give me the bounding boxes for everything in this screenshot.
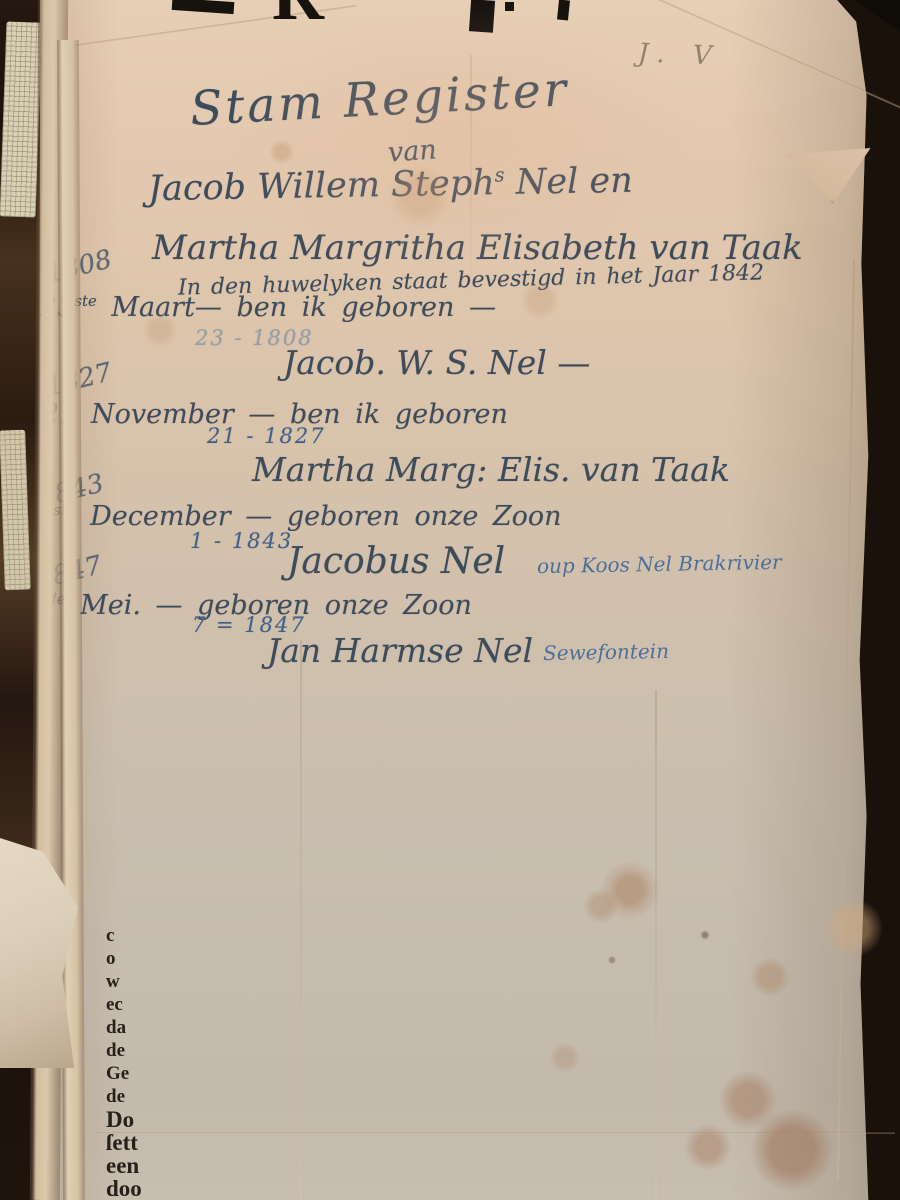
entry-annotation: oup Koos Nel Brakrivier xyxy=(537,550,782,578)
newsprint-line: ſett xyxy=(92,1131,148,1154)
entry-person-name: Martha Marg: Elis. van Taak xyxy=(252,450,730,489)
entry-annotation: Sewefontein xyxy=(543,639,669,665)
entry-event: December — geboren onze Zoon xyxy=(90,501,561,532)
masthead-letter-fragment xyxy=(469,0,495,33)
entry-person-name: Jan Harmse Nel xyxy=(267,631,533,670)
entry-person-name: Jacob. W. S. Nel — xyxy=(283,343,590,382)
husband-name-line: Jacob Willem Stephs Nel en xyxy=(148,161,633,209)
newsprint-line: Ge xyxy=(92,1062,148,1085)
entry-date-line: 23ste Maart— ben ik geboren — xyxy=(40,292,496,323)
entry-event: Maart— ben ik geboren — xyxy=(111,292,496,323)
corner-initials: J. V xyxy=(638,39,723,72)
newsprint-line: Do xyxy=(92,1108,148,1131)
entry-pencil-date: 21 - 1827 xyxy=(207,424,326,448)
masthead-letter: R xyxy=(272,0,324,30)
husband-name-post: Nel en xyxy=(504,161,633,203)
entry-person-name: Jacobus Nel xyxy=(287,541,505,582)
entry-pencil-date: 1 - 1843 xyxy=(190,529,293,553)
newsprint-line: de xyxy=(92,1085,148,1108)
newsprint-line: een xyxy=(92,1154,148,1177)
husband-name-ordinal: s xyxy=(494,163,504,186)
masthead-letter-fragment xyxy=(557,0,570,21)
masthead-letter-fragment: R xyxy=(272,0,338,30)
register-page-photo: R J. V Stam Register van Jacob Willem St… xyxy=(0,0,900,1200)
newsprint-line: doo xyxy=(92,1177,148,1200)
entry-date-line: 1ste December — geboren onze Zoon xyxy=(36,501,562,532)
masthead-letter-fragment xyxy=(505,2,514,11)
husband-name-pre: Jacob Willem Steph xyxy=(148,163,495,209)
